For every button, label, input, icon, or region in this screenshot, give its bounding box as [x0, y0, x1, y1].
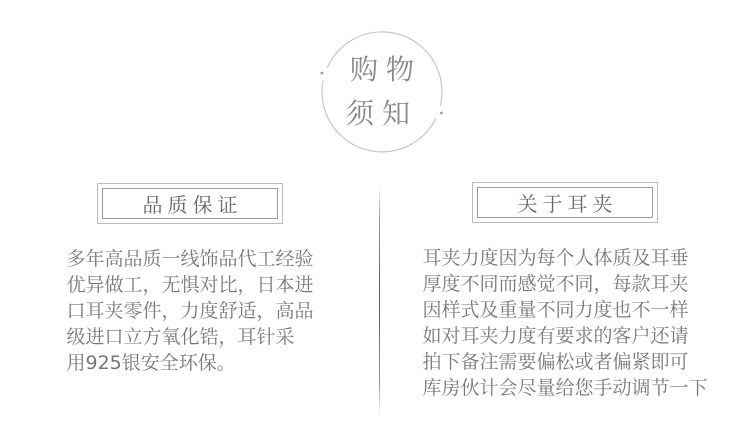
- about-ear-clip-title: 关于耳夹: [477, 187, 653, 218]
- about-ear-clip-column: 关于耳夹 耳夹力度因为每个人体质及耳垂 厚度不同而感觉不同，每款耳夹 因样式及重…: [380, 182, 750, 401]
- quality-guarantee-text: 多年高品质一线饰品代工经验 优异做工，无惧对比，日本进 口耳夹零件，力度舒适，高…: [66, 246, 313, 376]
- about-ear-clip-text: 耳夹力度因为每个人体质及耳垂 厚度不同而感觉不同，每款耳夹 因样式及重量不同力度…: [422, 245, 707, 401]
- notice-badge: 购物 须知: [317, 27, 447, 157]
- quality-guarantee-title: 品质保证: [102, 188, 278, 219]
- notice-badge-label: 购物 须知: [317, 27, 447, 157]
- quality-guarantee-column: 品质保证 多年高品质一线饰品代工经验 优异做工，无惧对比，日本进 口耳夹零件，力…: [0, 183, 380, 376]
- shopping-notice-section: 购物 须知 品质保证 多年高品质一线饰品代工经验 优异做工，无惧对比，日本进 口…: [0, 0, 750, 444]
- about-ear-clip-title-box: 关于耳夹: [472, 182, 658, 223]
- quality-guarantee-title-box: 品质保证: [97, 183, 283, 224]
